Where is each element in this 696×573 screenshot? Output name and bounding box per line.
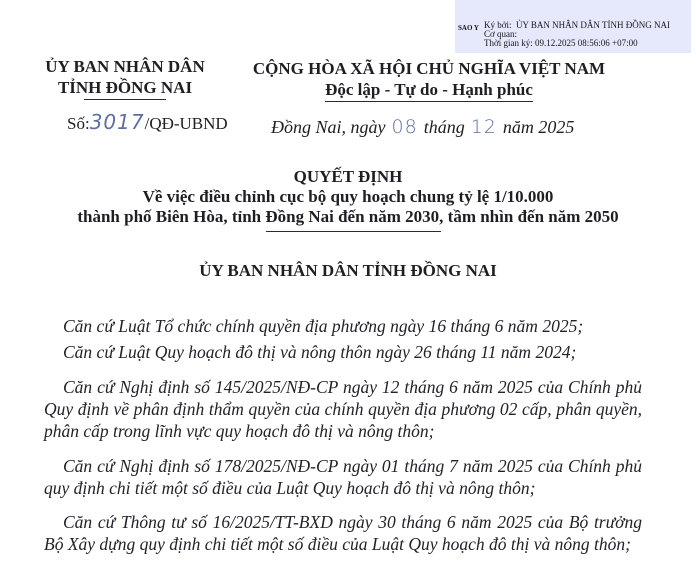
issue-place: Đồng Nai, ngày (271, 117, 386, 137)
copy-label: SAO Y (458, 24, 479, 32)
issuer-underline (84, 99, 166, 100)
issuer-line-2: TỈNH ĐỒNG NAI (0, 77, 250, 98)
legal-basis-item: Căn cứ Nghị định số 178/2025/NĐ-CP ngày … (44, 455, 642, 499)
legal-basis-item: Căn cứ Luật Tổ chức chính quyền địa phươ… (44, 315, 642, 337)
legal-basis-item: Căn cứ Nghị định số 145/2025/NĐ-CP ngày … (44, 376, 642, 442)
sign-time-value: 09.12.2025 08:56:06 +07:00 (535, 38, 638, 48)
document-number-suffix: /QĐ-UBND (145, 114, 228, 133)
document-type: QUYẾT ĐỊNH (0, 166, 696, 187)
issuer-header: ỦY BAN NHÂN DÂN TỈNH ĐỒNG NAI (0, 56, 250, 100)
document-subject-line-1: Về việc điều chỉnh cục bộ quy hoạch chun… (0, 187, 696, 207)
nation-name: CỘNG HÒA XÃ HỘI CHỦ NGHĨA VIỆT NAM (240, 58, 618, 79)
document-number-value: 3017 (90, 110, 145, 134)
legal-basis-item: Căn cứ Thông tư số 16/2025/TT-BXD ngày 3… (44, 511, 642, 555)
title-underline (266, 231, 441, 232)
issue-date: Đồng Nai, ngày08tháng12năm 2025 (271, 116, 574, 138)
issue-month: 12 (471, 116, 497, 138)
document-subject-line-2: thành phố Biên Hòa, tỉnh Đồng Nai đến nă… (0, 207, 696, 227)
document-title-block: QUYẾT ĐỊNH Về việc điều chỉnh cục bộ quy… (0, 166, 696, 232)
legal-basis-item: Căn cứ Luật Quy hoạch đô thị và nông thô… (44, 341, 642, 363)
issuer-line-1: ỦY BAN NHÂN DÂN (0, 56, 250, 77)
sign-time-label: Thời gian ký: (484, 38, 533, 48)
document-number: Số:3017/QĐ-UBND (67, 110, 228, 134)
month-label: tháng (424, 117, 465, 137)
issue-day: 08 (392, 116, 418, 138)
signed-by-value: ỦY BAN NHÂN DÂN TỈNH ĐỒNG NAI (516, 20, 670, 30)
document-number-label: Số: (67, 114, 90, 133)
national-header: CỘNG HÒA XÃ HỘI CHỦ NGHĨA VIỆT NAM Độc l… (240, 58, 618, 102)
digital-signature-stamp: SAO Y Ký bởi: ỦY BAN NHÂN DÂN TỈNH ĐỒNG … (455, 0, 691, 53)
year-label: năm 2025 (503, 117, 575, 137)
issuing-authority: ỦY BAN NHÂN DÂN TỈNH ĐỒNG NAI (0, 261, 696, 281)
sign-time-line: Thời gian ký: 09.12.2025 08:56:06 +07:00 (484, 38, 638, 48)
national-motto: Độc lập - Tự do - Hạnh phúc (325, 79, 533, 102)
